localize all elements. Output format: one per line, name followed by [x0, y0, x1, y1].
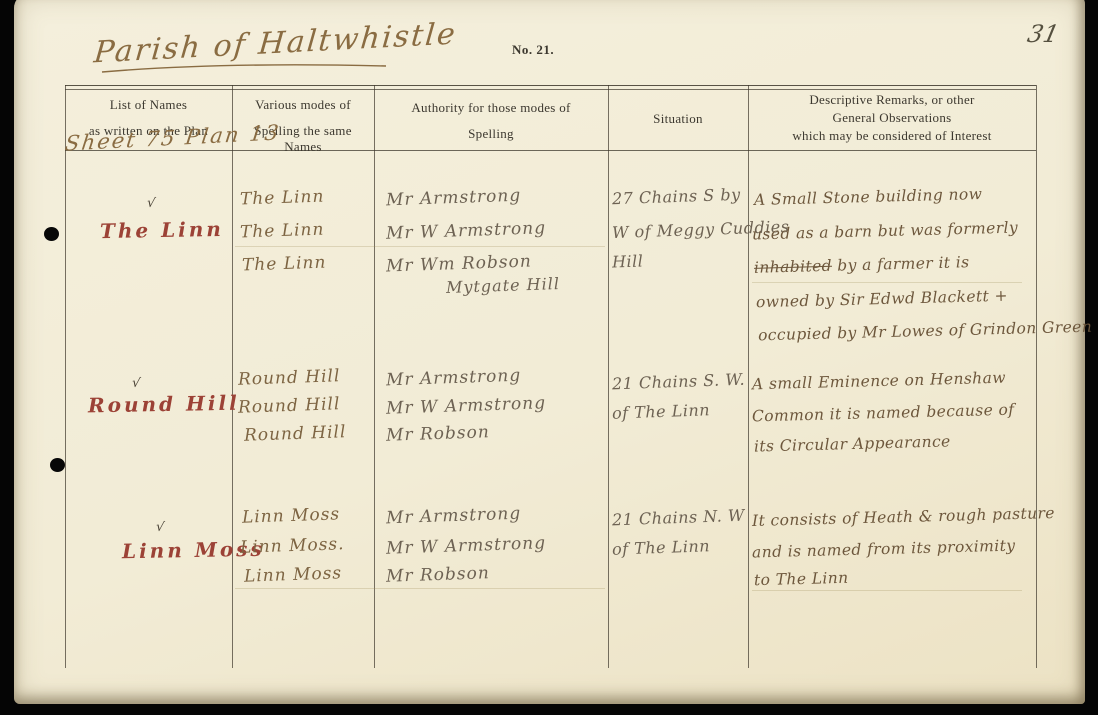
spelling-variant: Linn Moss: [244, 563, 343, 586]
form-number: No. 21.: [512, 42, 554, 58]
column-divider: [608, 85, 609, 668]
authority: Mr Robson: [386, 422, 490, 446]
spelling-variant: Round Hill: [238, 394, 341, 418]
column-divider: [374, 85, 375, 668]
punch-hole: [50, 458, 65, 472]
ruled-guide-line: [235, 588, 605, 589]
table-top-border: [65, 85, 1036, 90]
folio-number: 31: [1025, 20, 1061, 48]
struck-word: inhabited: [754, 257, 832, 277]
column-divider: [748, 85, 749, 668]
situation-line: Hill: [612, 251, 644, 271]
header-authority-line2: Spelling: [376, 126, 606, 142]
spelling-variant: The Linn: [240, 187, 325, 210]
table-border-left: [65, 85, 66, 668]
underline-flourish: [100, 60, 390, 78]
header-remarks-line2: General Observations: [750, 110, 1034, 126]
header-remarks-line3: which may be considered of Interest: [750, 128, 1034, 144]
situation-line: of The Linn: [612, 400, 711, 422]
punch-hole: [44, 227, 59, 241]
header-authority-line1: Authority for those modes of: [376, 100, 606, 116]
authority-address: Mytgate Hill: [446, 274, 561, 297]
situation-line: of The Linn: [612, 536, 711, 558]
authority: Mr Robson: [386, 563, 490, 587]
header-situation: Situation: [610, 111, 746, 127]
header-names-line1: List of Names: [67, 97, 230, 113]
header-bottom-border: [65, 150, 1036, 151]
spelling-variant: Round Hill: [238, 366, 341, 390]
spelling-variant: Round Hill: [244, 422, 347, 446]
table-border-right: [1036, 85, 1037, 668]
header-remarks-line1: Descriptive Remarks, or other: [750, 92, 1034, 108]
entry-name: Round Hill: [88, 391, 240, 418]
spelling-variant: The Linn: [242, 253, 327, 276]
header-spelling-line1: Various modes of: [234, 97, 372, 113]
spelling-variant: Linn Moss: [242, 504, 341, 527]
remark-line: to The Linn: [754, 569, 849, 589]
ruled-guide-line: [235, 246, 605, 247]
spelling-variant: The Linn: [240, 220, 325, 243]
entry-name: The Linn: [100, 217, 224, 243]
column-divider: [232, 85, 233, 668]
ruled-guide-line: [752, 282, 1022, 283]
scanned-page: Parish of Haltwhistle No. 21. 31 List of…: [0, 0, 1098, 715]
remark-line-rest: by a farmer it is: [837, 253, 970, 274]
ruled-guide-line: [752, 590, 1022, 591]
spelling-variant: Linn Moss.: [240, 534, 345, 558]
